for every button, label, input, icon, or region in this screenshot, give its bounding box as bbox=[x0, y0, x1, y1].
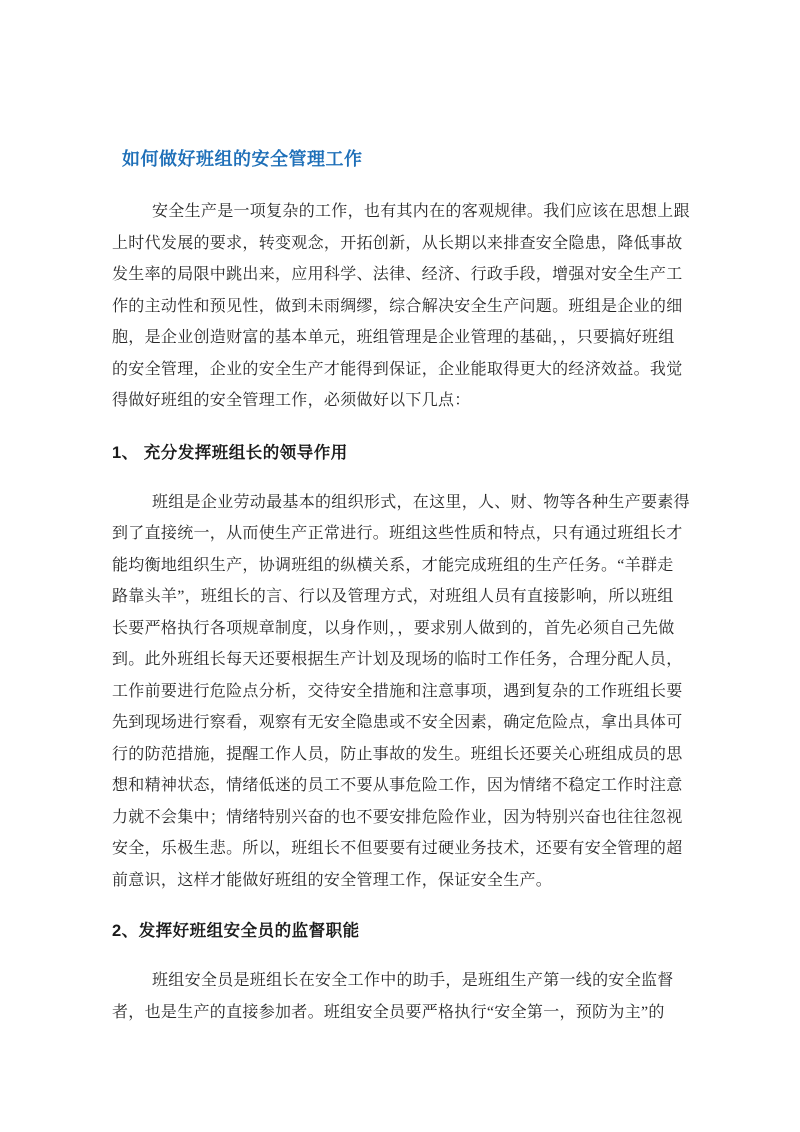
text-line: 前意识，这样才能做好班组的安全管理工作，保证安全生产。 bbox=[112, 865, 690, 897]
text-line: 作的主动性和预见性，做到未雨绸缪，综合解决安全生产问题。班组是企业的细 bbox=[112, 291, 690, 323]
section-heading-2: 2、发挥好班组安全员的监督职能 bbox=[112, 919, 690, 943]
text-line: 工作前要进行危险点分析，交待安全措施和注意事项，遇到复杂的工作班组长要 bbox=[112, 676, 690, 708]
text-line: 到了直接统一，从而使生产正常进行。班组这些性质和特点，只有通过班组长才 bbox=[112, 518, 690, 550]
page-title: 如何做好班组的安全管理工作 bbox=[122, 147, 690, 171]
document-content: 如何做好班组的安全管理工作 安全生产是一项复杂的工作，也有其内在的客观规律。我们… bbox=[112, 0, 690, 1028]
text-line: 力就不会集中；情绪特别兴奋的也不要安排危险作业，因为特别兴奋也往往忽视 bbox=[112, 802, 690, 834]
section-heading-1: 1、 充分发挥班组长的领导作用 bbox=[112, 441, 690, 465]
paragraph-section-1: 班组是企业劳动最基本的组织形式，在这里，人、财、物等各种生产要素得到了直接统一，… bbox=[112, 487, 690, 897]
paragraph-section-2: 班组安全员是班组长在安全工作中的助手，是班组生产第一线的安全监督者，也是生产的直… bbox=[112, 965, 690, 1028]
text-line: 的安全管理，企业的安全生产才能得到保证，企业能取得更大的经济效益。我觉 bbox=[112, 354, 690, 386]
text-line: 长要严格执行各项规章制度，以身作则，，要求别人做到的，首先必须自己先做 bbox=[112, 613, 690, 645]
text-line: 行的防范措施，提醒工作人员，防止事故的发生。班组长还要关心班组成员的思 bbox=[112, 739, 690, 771]
text-line: 安全生产是一项复杂的工作，也有其内在的客观规律。我们应该在思想上跟 bbox=[112, 196, 690, 228]
text-line: 得做好班组的安全管理工作，必须做好以下几点： bbox=[112, 385, 690, 417]
text-line: 想和精神状态，情绪低迷的员工不要从事危险工作，因为情绪不稳定工作时注意 bbox=[112, 770, 690, 802]
text-line: 先到现场进行察看，观察有无安全隐患或不安全因素，确定危险点，拿出具体可 bbox=[112, 707, 690, 739]
text-line: 胞，是企业创造财富的基本单元，班组管理是企业管理的基础，，只要搞好班组 bbox=[112, 322, 690, 354]
text-line: 班组安全员是班组长在安全工作中的助手，是班组生产第一线的安全监督 bbox=[112, 965, 690, 997]
paragraph-intro: 安全生产是一项复杂的工作，也有其内在的客观规律。我们应该在思想上跟上时代发展的要… bbox=[112, 196, 690, 417]
text-line: 安全，乐极生悲。所以，班组长不但要要有过硬业务技术，还要有安全管理的超 bbox=[112, 833, 690, 865]
text-line: 发生率的局限中跳出来，应用科学、法律、经济、行政手段，增强对安全生产工 bbox=[112, 259, 690, 291]
text-line: 上时代发展的要求，转变观念，开拓创新，从长期以来排查安全隐患，降低事故 bbox=[112, 228, 690, 260]
text-line: 者，也是生产的直接参加者。班组安全员要严格执行“安全第一，预防为主”的 bbox=[112, 997, 690, 1029]
text-line: 能均衡地组织生产，协调班组的纵横关系，才能完成班组的生产任务。“羊群走 bbox=[112, 550, 690, 582]
text-line: 路靠头羊”，班组长的言、行以及管理方式，对班组人员有直接影响，所以班组 bbox=[112, 581, 690, 613]
text-line: 班组是企业劳动最基本的组织形式，在这里，人、财、物等各种生产要素得 bbox=[112, 487, 690, 519]
document-page: 如何做好班组的安全管理工作 安全生产是一项复杂的工作，也有其内在的客观规律。我们… bbox=[0, 0, 800, 1132]
text-line: 到。此外班组长每天还要根据生产计划及现场的临时工作任务，合理分配人员， bbox=[112, 644, 690, 676]
